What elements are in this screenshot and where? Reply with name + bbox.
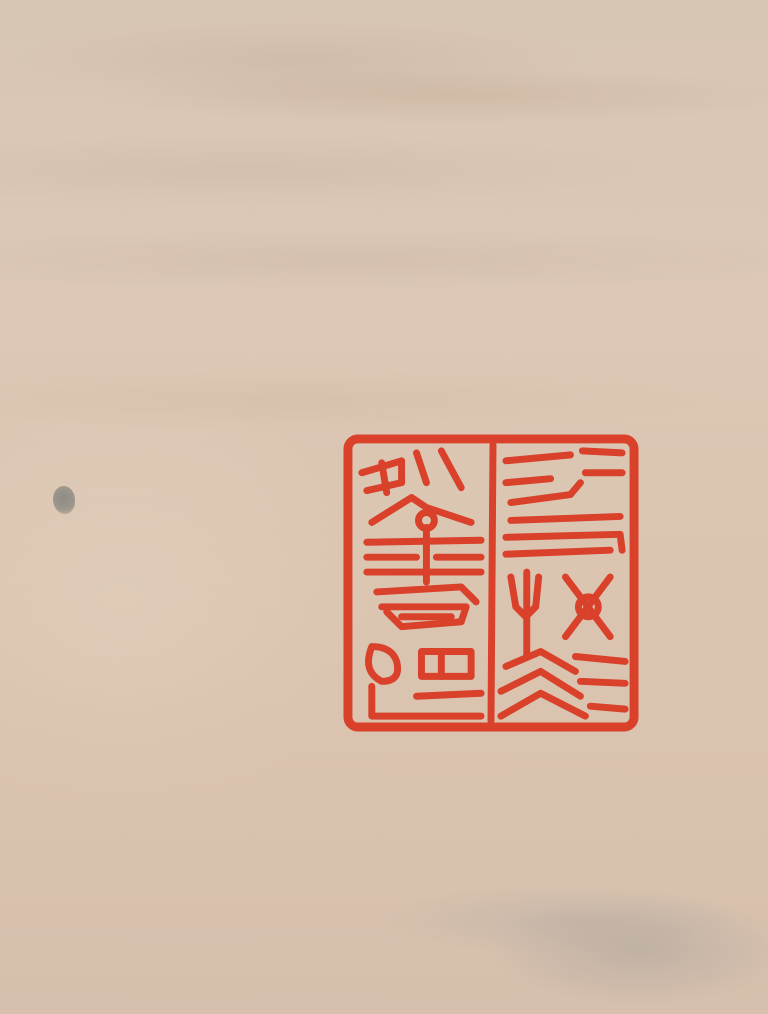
seal-icon — [342, 432, 640, 732]
red-seal-impression — [342, 432, 640, 732]
ink-spot — [53, 486, 75, 514]
